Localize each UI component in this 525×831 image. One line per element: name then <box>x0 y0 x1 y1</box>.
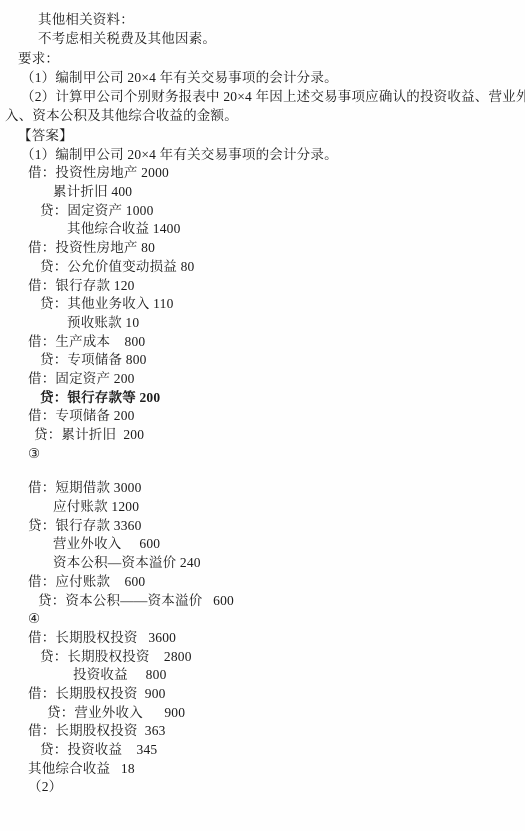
journal-debit-line: 借：专项储备 200 <box>0 407 525 426</box>
section-3-marker: ③ <box>0 445 525 464</box>
journal-debit-line: 借：应付账款 600 <box>0 573 525 592</box>
journal-credit-line: 贷：资本公积——资本溢价 600 <box>0 592 525 611</box>
scanned-document-page: 其他相关资料： 不考虑相关税费及其他因素。 要求： （1）编制甲公司 20×4 … <box>0 0 525 831</box>
journal-credit-line: 贷：其他业务收入 110 <box>0 295 525 314</box>
journal-credit-line: 贷：银行存款 3360 <box>0 517 525 536</box>
journal-credit-line: 贷：累计折旧 200 <box>0 426 525 445</box>
journal-debit-line: 借：短期借款 3000 <box>0 479 525 498</box>
section-4-marker: ④ <box>0 610 525 629</box>
journal-debit-line: 借：投资性房地产 80 <box>0 239 525 258</box>
preamble-block: 其他相关资料： 不考虑相关税费及其他因素。 要求： （1）编制甲公司 20×4 … <box>0 10 525 164</box>
journal-account-line: 其他综合收益 18 <box>0 760 525 779</box>
requirement-2-line1: （2）计算甲公司个别财务报表中 20×4 年因上述交易事项应确认的投资收益、营业… <box>0 87 525 106</box>
answer-heading: 【答案】 <box>0 126 525 145</box>
journal-debit-line: 借：固定资产 200 <box>0 370 525 389</box>
requirement-2-line2: 入、资本公积及其他综合收益的金额。 <box>0 106 525 125</box>
journal-account-line: 营业外收入 600 <box>0 535 525 554</box>
part-2-marker: （2） <box>0 778 525 797</box>
journal-entries-part1: 借：投资性房地产 2000 累计折旧 400 贷：固定资产 1000 其他综合收… <box>0 164 525 463</box>
journal-account-line: 资本公积—资本溢价 240 <box>0 554 525 573</box>
journal-account-line: 预收账款 10 <box>0 314 525 333</box>
journal-account-line: 累计折旧 400 <box>0 183 525 202</box>
journal-debit-line: 借：长期股权投资 3600 <box>0 629 525 648</box>
journal-credit-line: 贷：营业外收入 900 <box>0 704 525 723</box>
journal-credit-line: 贷：长期股权投资 2800 <box>0 648 525 667</box>
journal-credit-line: 贷：固定资产 1000 <box>0 202 525 221</box>
journal-credit-line: 贷：银行存款等 200 <box>0 389 525 408</box>
blank-line <box>0 463 525 479</box>
journal-account-line: 投资收益 800 <box>0 666 525 685</box>
journal-account-line: 应付账款 1200 <box>0 498 525 517</box>
journal-credit-line: 贷：公允价值变动损益 80 <box>0 258 525 277</box>
note-line: 不考虑相关税费及其他因素。 <box>0 29 525 48</box>
journal-debit-line: 借：长期股权投资 363 <box>0 722 525 741</box>
answer-part1-heading: （1）编制甲公司 20×4 年有关交易事项的会计分录。 <box>0 145 525 164</box>
requirements-heading: 要求： <box>0 49 525 68</box>
journal-debit-line: 借：生产成本 800 <box>0 333 525 352</box>
journal-debit-line: 借：投资性房地产 2000 <box>0 164 525 183</box>
journal-account-line: 其他综合收益 1400 <box>0 220 525 239</box>
other-info-heading: 其他相关资料： <box>0 10 525 29</box>
journal-debit-line: 借：银行存款 120 <box>0 277 525 296</box>
journal-credit-line: 贷：投资收益 345 <box>0 741 525 760</box>
journal-credit-line: 贷：专项储备 800 <box>0 351 525 370</box>
journal-entries-part4: 借：长期股权投资 3600 贷：长期股权投资 2800 投资收益 800 借：长… <box>0 629 525 797</box>
journal-entries-part3: 借：短期借款 3000 应付账款 1200 贷：银行存款 3360 营业外收入 … <box>0 479 525 629</box>
journal-debit-line: 借：长期股权投资 900 <box>0 685 525 704</box>
requirement-1: （1）编制甲公司 20×4 年有关交易事项的会计分录。 <box>0 68 525 87</box>
